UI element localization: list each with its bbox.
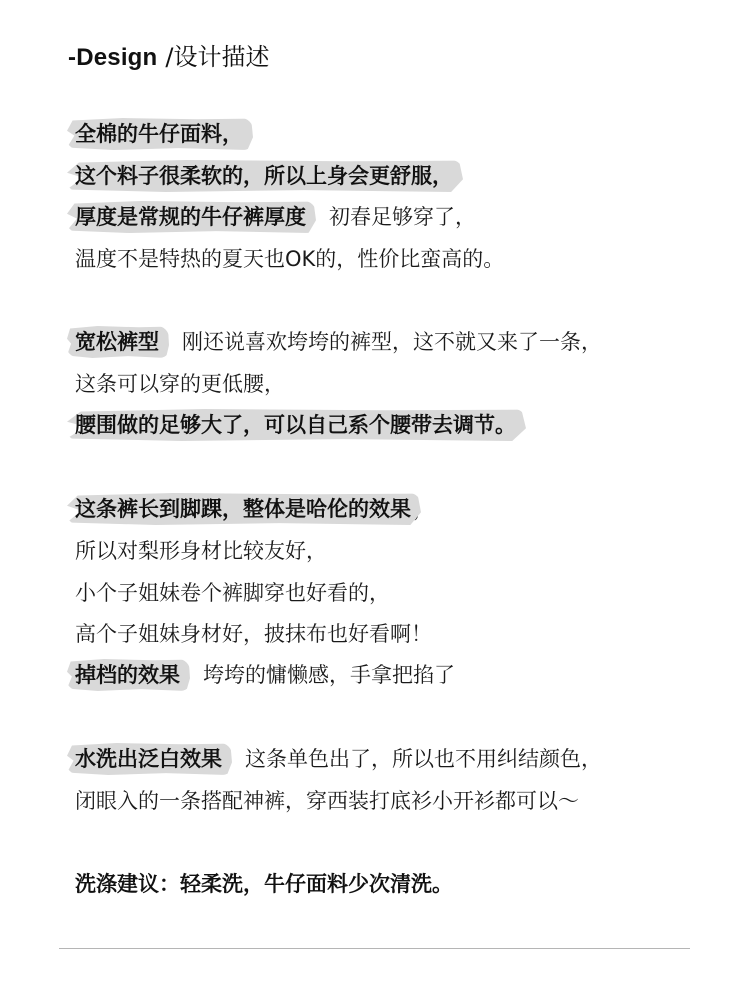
highlighted-phrase: 掉档的效果: [75, 663, 182, 687]
plain-text: 高个子姐妹身材好，披抹布也好看啊！: [75, 622, 432, 646]
text-line: 掉档的效果，垮垮的慵懒感，手拿把掐了: [75, 660, 455, 690]
section-title-english: -Design: [68, 44, 157, 71]
highlighted-phrase: 水洗出泛白效果: [75, 747, 224, 771]
text-line: 闭眼入的一条搭配神裤，穿西装打底衫小开衫都可以～: [75, 786, 579, 816]
text-line: 这个料子很柔软的，所以上身会更舒服，: [75, 161, 455, 191]
highlighted-phrase: 腰围做的足够大了，可以自己系个腰带去调节。: [75, 413, 518, 437]
highlighted-phrase: 宽松裤型: [75, 330, 161, 354]
text-line: 这条裤长到脚踝，整体是哈伦的效果，: [75, 494, 434, 524]
text-line: 厚度是常规的牛仔裤厚度，初春足够穿了，: [75, 202, 476, 232]
highlighted-phrase: 这个料子很柔软的，所以上身会更舒服，: [75, 164, 455, 188]
plain-text: ，垮垮的慵懒感，手拿把掐了: [182, 663, 455, 687]
section-title: -Design/设计描述: [68, 40, 270, 75]
highlighted-phrase: 这条裤长到脚踝，整体是哈伦的效果: [75, 497, 413, 521]
text-line: 宽松裤型，刚还说喜欢垮垮的裤型，这不就又来了一条，: [75, 327, 602, 357]
plain-text: 闭眼入的一条搭配神裤，穿西装打底衫小开衫都可以～: [75, 789, 579, 813]
plain-text: 这条可以穿的更低腰，: [75, 372, 285, 396]
text-line: 高个子姐妹身材好，披抹布也好看啊！: [75, 619, 432, 649]
text-line: 所以对梨形身材比较友好，: [75, 536, 327, 566]
plain-text: ，刚还说喜欢垮垮的裤型，这不就又来了一条，: [161, 330, 602, 354]
care-instructions: 洗涤建议：轻柔洗，牛仔面料少次清洗。: [75, 869, 453, 899]
plain-text: 温度不是特热的夏天也OK的，性价比蛮高的。: [75, 247, 504, 271]
text-line: 温度不是特热的夏天也OK的，性价比蛮高的。: [75, 244, 504, 274]
text-line: 腰围做的足够大了，可以自己系个腰带去调节。: [75, 410, 518, 440]
plain-text: ，这条单色出了，所以也不用纠结颜色，: [224, 747, 602, 771]
plain-text: ，初春足够穿了，: [308, 205, 476, 229]
section-title-chinese: /设计描述: [165, 43, 269, 71]
text-line: 这条可以穿的更低腰，: [75, 369, 285, 399]
text-line: 水洗出泛白效果，这条单色出了，所以也不用纠结颜色，: [75, 744, 602, 774]
highlighted-phrase: 全棉的牛仔面料，: [75, 122, 245, 146]
plain-text: 所以对梨形身材比较友好，: [75, 539, 327, 563]
divider: [59, 948, 690, 949]
text-line: 小个子姐妹卷个裤脚穿也好看的，: [75, 578, 390, 608]
text-line: 全棉的牛仔面料，: [75, 119, 245, 149]
highlighted-phrase: 厚度是常规的牛仔裤厚度: [75, 205, 308, 229]
plain-text: 小个子姐妹卷个裤脚穿也好看的，: [75, 581, 390, 605]
